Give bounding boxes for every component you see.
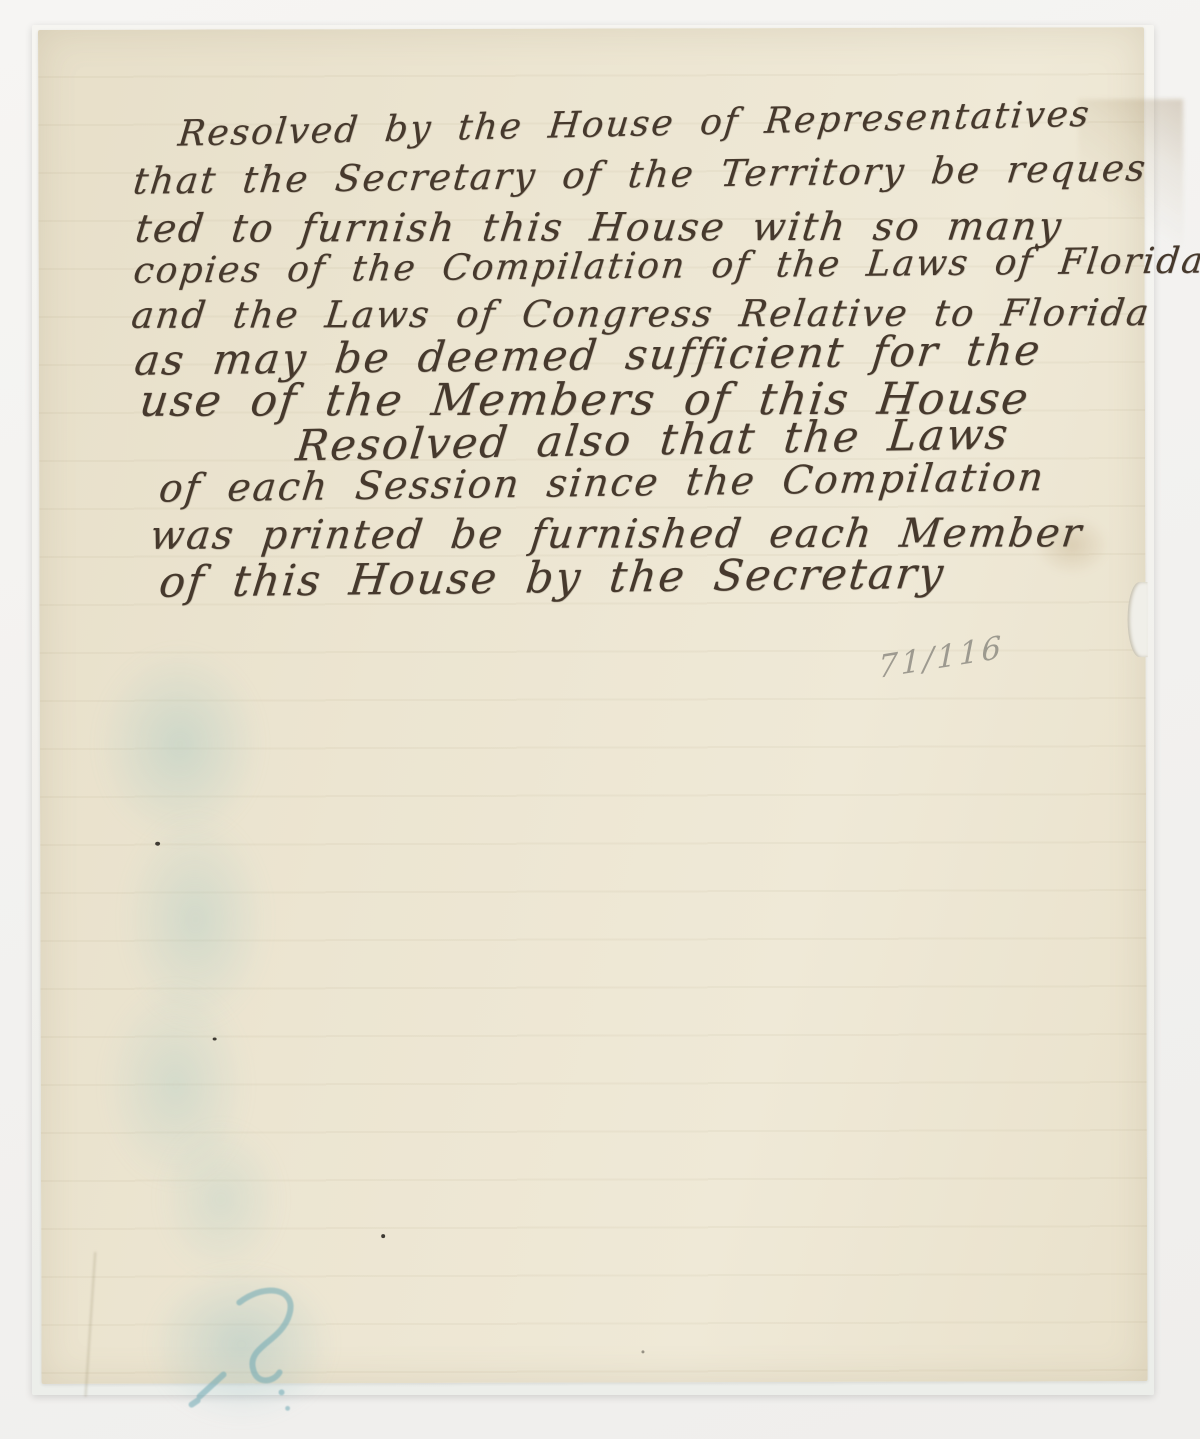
ink-speck [641,1350,644,1353]
ink-speck [155,842,160,846]
blue-smudge [120,809,271,1029]
manuscript-page: Resolved by the House of Representatives… [38,27,1148,1384]
scan-background: Resolved by the House of Representatives… [0,0,1200,1439]
blue-pencil-scribble [161,1274,351,1424]
ink-speck [213,1038,217,1041]
pencil-folio-number: 71/116 [878,629,1004,686]
blue-smudge [95,644,266,844]
blue-smudge [100,979,251,1189]
manuscript-line: Resolved by the House of Representatives [176,94,1092,155]
paper-crease [85,1252,97,1397]
torn-edge [1127,582,1147,657]
manuscript-line: of each Session since the Compilation [157,455,1048,512]
ink-speck [381,1234,385,1238]
blue-smudge [156,1119,286,1279]
manuscript-line: of this House by the Secretary [157,549,948,608]
manuscript-line: that the Secretary of the Territory be r… [131,146,1149,202]
